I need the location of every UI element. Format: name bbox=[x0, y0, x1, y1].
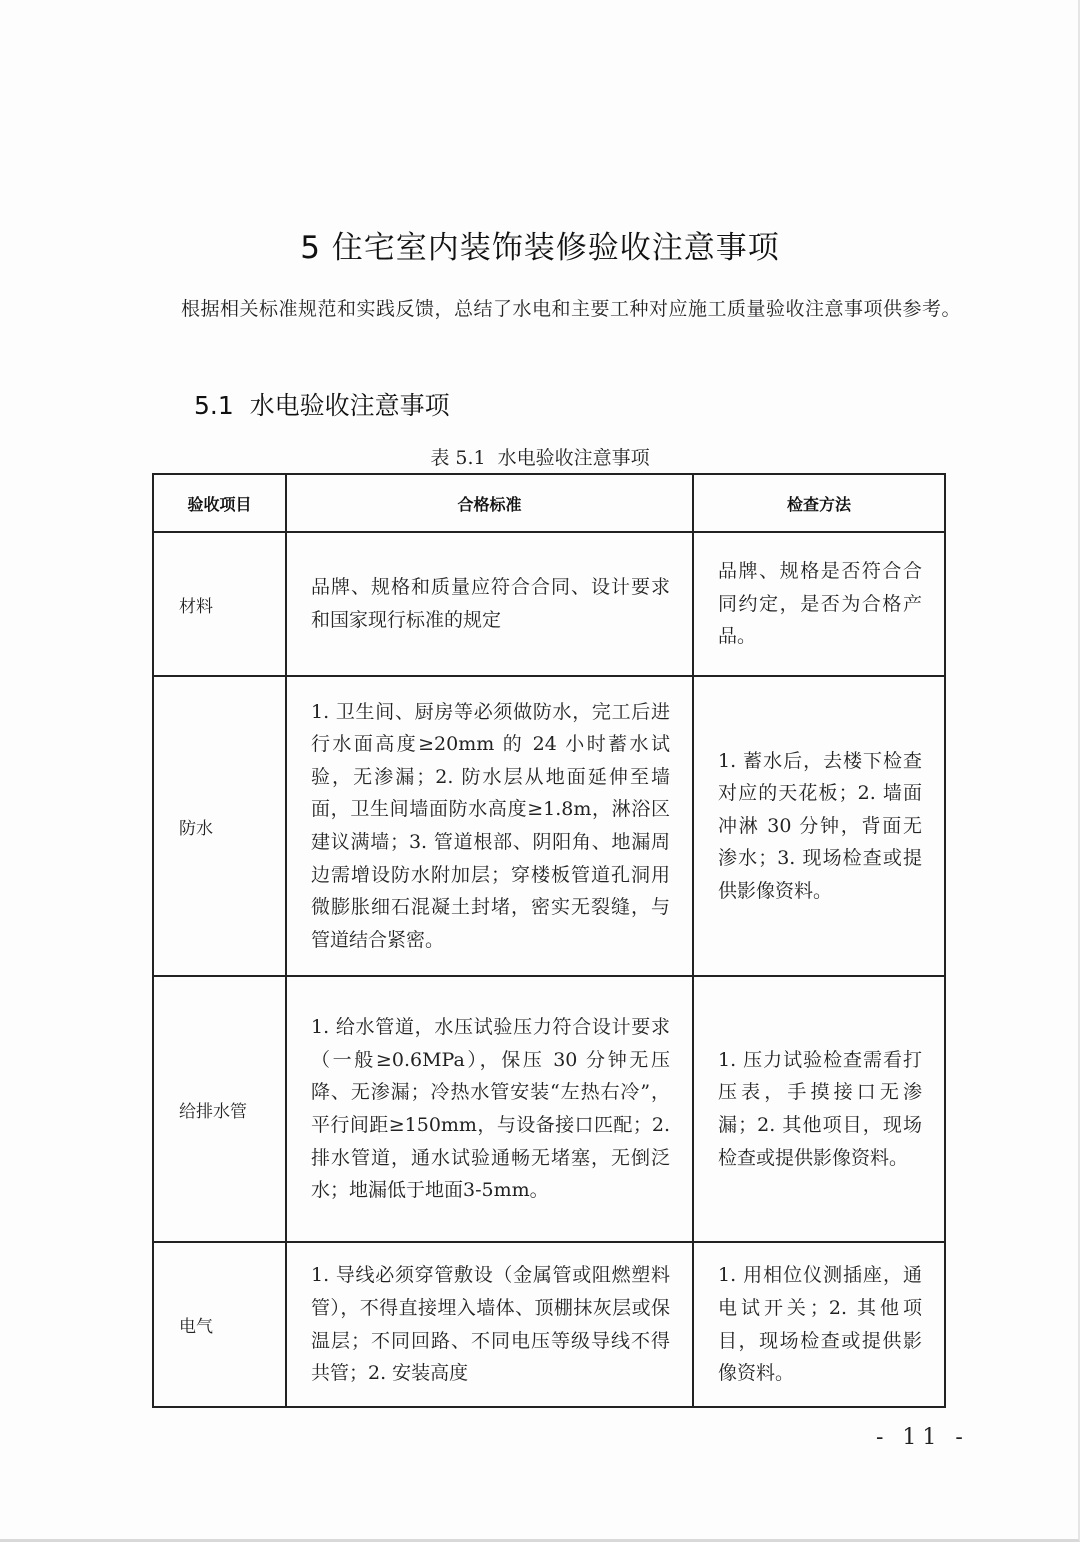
table-row-material: 材料 品牌、规格和质量应符合合同、设计要求和国家现行标准的规定 品牌、规格是否符… bbox=[153, 532, 945, 676]
header-method: 检查方法 bbox=[693, 474, 945, 532]
row-item: 防水 bbox=[153, 676, 286, 976]
row-method: 1. 压力试验检查需看打压表，手摸接口无渗漏；2. 其他项目，现场检查或提供影像… bbox=[693, 976, 945, 1242]
row-method: 品牌、规格是否符合合同约定，是否为合格产品。 bbox=[693, 532, 945, 676]
row-item: 电气 bbox=[153, 1242, 286, 1407]
row-standard: 1. 卫生间、厨房等必须做防水，完工后进行水面高度≥20mm 的 24 小时蓄水… bbox=[286, 676, 693, 976]
row-method: 1. 用相位仪测插座，通电试开关；2. 其他项目，现场检查或提供影像资料。 bbox=[693, 1242, 945, 1407]
row-standard: 1. 导线必须穿管敷设（金属管或阻燃塑料管），不得直接埋入墙体、顶棚抹灰层或保温… bbox=[286, 1242, 693, 1407]
table-caption: 表 5.1 水电验收注意事项 bbox=[0, 443, 1080, 470]
row-item: 材料 bbox=[153, 532, 286, 676]
intro-paragraph: 根据相关标准规范和实践反馈，总结了水电和主要工种对应施工质量验收注意事项供参考。 bbox=[141, 291, 961, 327]
row-standard: 品牌、规格和质量应符合合同、设计要求和国家现行标准的规定 bbox=[286, 532, 693, 676]
table-row-plumbing: 给排水管 1. 给水管道，水压试验压力符合设计要求（一般≥0.6MPa），保压 … bbox=[153, 976, 945, 1242]
section-title: 5.1 水电验收注意事项 bbox=[194, 386, 450, 422]
header-item: 验收项目 bbox=[153, 474, 286, 532]
table-row-waterproof: 防水 1. 卫生间、厨房等必须做防水，完工后进行水面高度≥20mm 的 24 小… bbox=[153, 676, 945, 976]
row-item: 给排水管 bbox=[153, 976, 286, 1242]
row-method: 1. 蓄水后，去楼下检查对应的天花板；2. 墙面冲淋 30 分钟，背面无渗水；3… bbox=[693, 676, 945, 976]
header-standard: 合格标准 bbox=[286, 474, 693, 532]
table-row-electrical: 电气 1. 导线必须穿管敷设（金属管或阻燃塑料管），不得直接埋入墙体、顶棚抹灰层… bbox=[153, 1242, 945, 1407]
acceptance-table: 验收项目 合格标准 检查方法 材料 品牌、规格和质量应符合合同、设计要求和国家现… bbox=[152, 473, 946, 1408]
table-header-row: 验收项目 合格标准 检查方法 bbox=[153, 474, 945, 532]
row-standard: 1. 给水管道，水压试验压力符合设计要求（一般≥0.6MPa），保压 30 分钟… bbox=[286, 976, 693, 1242]
page-number: - 11 - bbox=[876, 1425, 969, 1450]
chapter-title: 5 住宅室内装饰装修验收注意事项 bbox=[0, 222, 1080, 267]
